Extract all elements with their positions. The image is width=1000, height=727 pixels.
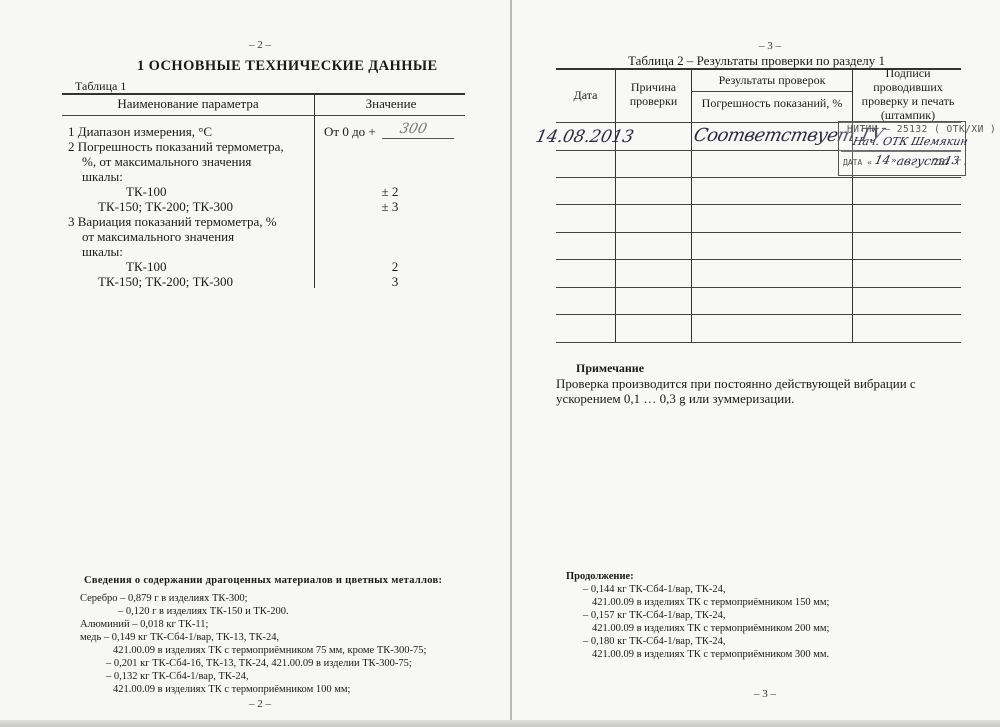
metals-line: медь – 0,149 кг ТК-Сб4-1/вар, ТК-13, ТК-… bbox=[80, 632, 279, 643]
continuation-line: 421.00.09 в изделиях ТК с термоприёмнико… bbox=[592, 623, 829, 634]
metals-line: 421.00.09 в изделиях ТК с термоприёмнико… bbox=[113, 684, 350, 695]
metals-line: – 0,132 кг ТК-Сб4-1/вар, ТК-24, bbox=[106, 671, 248, 682]
table2-header-reason: Причина проверки bbox=[616, 80, 691, 108]
page-number-top-right: – 3 – bbox=[759, 40, 781, 52]
table2-divider-1 bbox=[615, 68, 616, 343]
table1-value-tk100-b: 2 bbox=[375, 259, 415, 275]
table2-header-date: Дата bbox=[556, 88, 615, 103]
handwritten-range-value: 300 bbox=[398, 121, 428, 137]
stamp-org-code: НИТИИ – 25132 ( ОТК/ХИ ) bbox=[847, 124, 996, 135]
continuation-line: – 0,157 кг ТК-Сб4-1/вар, ТК-24, bbox=[583, 610, 725, 621]
note-heading: Примечание bbox=[576, 361, 644, 376]
table2-header-results: Результаты проверок bbox=[692, 73, 852, 88]
metals-line: Алюминий – 0,018 кг ТК-11; bbox=[80, 619, 208, 630]
table1-row-tk150-b: ТК-150; ТК-200; ТК-300 bbox=[98, 274, 233, 290]
table2-row-rule bbox=[556, 177, 961, 178]
table1-row-3-param-cont: от максимального значения bbox=[82, 229, 234, 245]
page-number-bottom-right: – 3 – bbox=[754, 688, 776, 700]
section-title: 1 ОСНОВНЫЕ ТЕХНИЧЕСКИЕ ДАННЫЕ bbox=[137, 58, 438, 75]
table2-subheader-rule bbox=[691, 91, 852, 92]
page-bottom-edge bbox=[0, 720, 1000, 727]
book-spine bbox=[510, 0, 512, 727]
note-line: ускорением 0,1 … 0,3 g или зуммеризации. bbox=[556, 391, 794, 407]
table1-row-3-param-cont2: шкалы: bbox=[82, 244, 123, 260]
table2-header-error: Погрешность показаний, % bbox=[692, 96, 852, 111]
metals-heading: Сведения о содержании драгоценных матери… bbox=[84, 575, 442, 586]
continuation-line: – 0,180 кг ТК-Сб4-1/вар, ТК-24, bbox=[583, 636, 725, 647]
stamp-date-day: 14 bbox=[874, 153, 892, 167]
table1-row-tk150-a: ТК-150; ТК-200; ТК-300 bbox=[98, 199, 233, 215]
table1-top-rule bbox=[62, 93, 465, 95]
stamp-signature: Нач. ОТК Шемякин bbox=[852, 135, 969, 148]
note-line: Проверка производится при постоянно дейс… bbox=[556, 376, 916, 392]
table1-header-value: Значение bbox=[316, 96, 466, 112]
metals-line: – 0,201 кг ТК-Сб4-16, ТК-13, ТК-24, 421.… bbox=[106, 658, 412, 669]
table2-row-rule bbox=[556, 232, 961, 233]
table2-bottom-rule bbox=[556, 342, 961, 343]
table1-header-rule bbox=[62, 115, 465, 116]
page-number-bottom-left: – 2 – bbox=[249, 698, 271, 710]
continuation-heading: Продолжение: bbox=[566, 571, 634, 582]
table1-row-1-value-prefix: От 0 до + bbox=[324, 124, 376, 140]
table1-value-tk150-a: ± 3 bbox=[370, 199, 410, 215]
continuation-line: – 0,144 кг ТК-Сб4-1/вар, ТК-24, bbox=[583, 584, 725, 595]
continuation-line: 421.00.09 в изделиях ТК с термоприёмнико… bbox=[592, 649, 829, 660]
handwritten-date: 14.08.2013 bbox=[534, 127, 636, 147]
metals-line: 421.00.09 в изделиях ТК с термоприёмнико… bbox=[113, 645, 426, 656]
table2-row-rule bbox=[556, 287, 961, 288]
stamp-date-label: ДАТА « bbox=[843, 158, 872, 167]
continuation-line: 421.00.09 в изделиях ТК с термоприёмнико… bbox=[592, 597, 829, 608]
table1-row-1-param: 1 Диапазон измерения, °С bbox=[68, 124, 212, 140]
table1-row-2-param-cont2: шкалы: bbox=[82, 169, 123, 185]
metals-line: Серебро – 0,879 г в изделиях ТК-300; bbox=[80, 593, 248, 604]
table2-row-rule bbox=[556, 204, 961, 205]
table2-header-signatures: Подписи проводивших проверку и печать (ш… bbox=[853, 66, 963, 122]
table1-value-tk150-b: 3 bbox=[375, 274, 415, 290]
table1-column-divider bbox=[314, 93, 315, 288]
inspection-stamp: НИТИИ – 25132 ( ОТК/ХИ ) Нач. ОТК Шемяки… bbox=[838, 121, 966, 176]
stamp-divider bbox=[841, 151, 961, 152]
table1-row-tk100-b: ТК-100 bbox=[126, 259, 166, 275]
table1-label: Таблица 1 bbox=[75, 79, 126, 94]
metals-line: – 0,120 г в изделиях ТК-150 и ТК-200. bbox=[118, 606, 289, 617]
table1-value-tk100-a: ± 2 bbox=[370, 184, 410, 200]
table1-row-3-param: 3 Вариация показаний термометра, % bbox=[68, 214, 277, 230]
table2-row-rule bbox=[556, 314, 961, 315]
fill-in-underline bbox=[382, 138, 454, 139]
table2-row-rule bbox=[556, 259, 961, 260]
page-number-top-left: – 2 – bbox=[249, 39, 271, 51]
table1-row-2-param: 2 Погрешность показаний термометра, bbox=[68, 139, 284, 155]
table2-title: Таблица 2 – Результаты проверки по разде… bbox=[628, 53, 885, 69]
table1-row-2-param-cont: %, от максимального значения bbox=[82, 154, 251, 170]
table1-header-param: Наименование параметра bbox=[62, 96, 314, 112]
stamp-date-suffix: г. bbox=[956, 157, 968, 168]
table1-row-tk100-a: ТК-100 bbox=[126, 184, 166, 200]
